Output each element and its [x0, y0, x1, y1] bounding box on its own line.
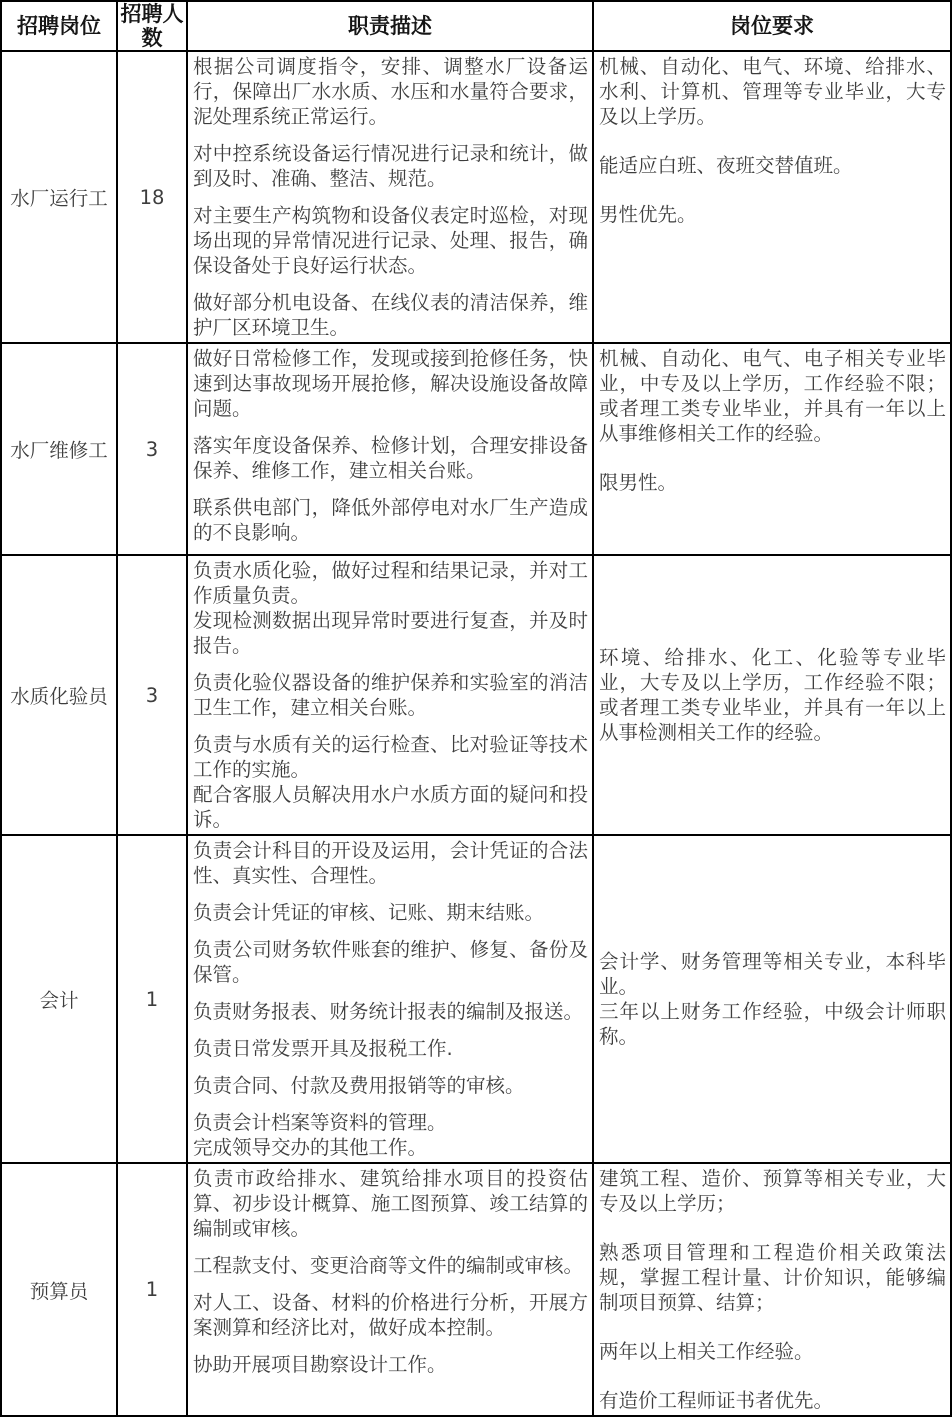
- duty-paragraph: 负责会计科目的开设及运用，会计凭证的合法性、真实性、合理性。: [193, 838, 588, 888]
- requirement-paragraph: 能适应白班、夜班交替值班。: [599, 153, 946, 178]
- requirement-paragraph: 限男性。: [599, 470, 946, 495]
- duty-paragraph: 根据公司调度指令，安排、调整水厂设备运行，保障出厂水水质、水压和水量符合要求，泥…: [193, 54, 588, 129]
- duty-paragraph: 对中控系统设备运行情况进行记录和统计，做到及时、准确、整洁、规范。: [193, 141, 588, 191]
- duty-paragraph: 联系供电部门，降低外部停电对水厂生产造成的不良影响。: [193, 495, 588, 545]
- duty-paragraph: 负责化验仪器设备的维护保养和实验室的消洁卫生工作，建立相关台账。: [193, 670, 588, 720]
- duty-paragraph: 落实年度设备保养、检修计划，合理安排设备保养、维修工作，建立相关台账。: [193, 433, 588, 483]
- duty-paragraph: 负责会计档案等资料的管理。 完成领导交办的其他工作。: [193, 1110, 588, 1160]
- requirements-cell: 建筑工程、造价、预算等相关专业，大专及以上学历；熟悉项目管理和工程造价相关政策法…: [593, 1163, 951, 1416]
- duty-paragraph: 负责日常发票开具及报税工作.: [193, 1036, 588, 1061]
- duty-paragraph: 负责财务报表、财务统计报表的编制及报送。: [193, 999, 588, 1024]
- requirement-paragraph: 会计学、财务管理等相关专业，本科毕业。 三年以上财务工作经验，中级会计师职称。: [599, 949, 946, 1049]
- table-body: 水厂运行工18根据公司调度指令，安排、调整水厂设备运行，保障出厂水水质、水压和水…: [1, 51, 951, 1416]
- duty-paragraph: 负责会计凭证的审核、记账、期末结账。: [193, 900, 588, 925]
- recruitment-table: 招聘岗位 招聘人数 职责描述 岗位要求 水厂运行工18根据公司调度指令，安排、调…: [0, 0, 952, 1417]
- duty-paragraph: 工程款支付、变更洽商等文件的编制或审核。: [193, 1253, 588, 1278]
- duty-paragraph: 做好日常检修工作，发现或接到抢修任务，快速到达事故现场开展抢修，解决设施设备故障…: [193, 346, 588, 421]
- duty-paragraph: 负责合同、付款及费用报销等的审核。: [193, 1073, 588, 1098]
- count-cell: 3: [117, 555, 187, 835]
- header-count: 招聘人数: [117, 1, 187, 51]
- duty-paragraph: 负责市政给排水、建筑给排水项目的投资估算、初步设计概算、施工图预算、竣工结算的编…: [193, 1166, 588, 1241]
- table-header: 招聘岗位 招聘人数 职责描述 岗位要求: [1, 1, 951, 51]
- requirement-paragraph: 环境、给排水、化工、化验等专业毕业，大专及以上学历，工作经验不限；或者理工类专业…: [599, 645, 946, 745]
- table-row: 水质化验员3负责水质化验，做好过程和结果记录，并对工作质量负责。 发现检测数据出…: [1, 555, 951, 835]
- duties-cell: 负责市政给排水、建筑给排水项目的投资估算、初步设计概算、施工图预算、竣工结算的编…: [187, 1163, 593, 1416]
- requirements-cell: 环境、给排水、化工、化验等专业毕业，大专及以上学历，工作经验不限；或者理工类专业…: [593, 555, 951, 835]
- table-row: 水厂维修工3做好日常检修工作，发现或接到抢修任务，快速到达事故现场开展抢修，解决…: [1, 343, 951, 555]
- requirement-paragraph: 机械、自动化、电气、环境、给排水、水利、计算机、管理等专业毕业，大专及以上学历。: [599, 54, 946, 129]
- duty-paragraph: 对人工、设备、材料的价格进行分析，开展方案测算和经济比对，做好成本控制。: [193, 1290, 588, 1340]
- count-cell: 3: [117, 343, 187, 555]
- count-cell: 1: [117, 835, 187, 1163]
- position-cell: 会计: [1, 835, 117, 1163]
- position-cell: 水质化验员: [1, 555, 117, 835]
- position-cell: 水厂运行工: [1, 51, 117, 343]
- requirement-paragraph: 两年以上相关工作经验。: [599, 1339, 946, 1364]
- position-cell: 预算员: [1, 1163, 117, 1416]
- duty-paragraph: 做好部分机电设备、在线仪表的清洁保养，维护厂区环境卫生。: [193, 290, 588, 340]
- duty-paragraph: 负责公司财务软件账套的维护、修复、备份及保管。: [193, 937, 588, 987]
- requirement-paragraph: 熟悉项目管理和工程造价相关政策法规，掌握工程计量、计价知识，能够编制项目预算、结…: [599, 1240, 946, 1315]
- count-cell: 18: [117, 51, 187, 343]
- duties-cell: 负责水质化验，做好过程和结果记录，并对工作质量负责。 发现检测数据出现异常时要进…: [187, 555, 593, 835]
- position-cell: 水厂维修工: [1, 343, 117, 555]
- duties-cell: 做好日常检修工作，发现或接到抢修任务，快速到达事故现场开展抢修，解决设施设备故障…: [187, 343, 593, 555]
- duties-cell: 根据公司调度指令，安排、调整水厂设备运行，保障出厂水水质、水压和水量符合要求，泥…: [187, 51, 593, 343]
- duty-paragraph: 协助开展项目勘察设计工作。: [193, 1352, 588, 1377]
- duty-paragraph: 负责水质化验，做好过程和结果记录，并对工作质量负责。 发现检测数据出现异常时要进…: [193, 558, 588, 658]
- recruitment-page: 招聘岗位 招聘人数 职责描述 岗位要求 水厂运行工18根据公司调度指令，安排、调…: [0, 0, 952, 1417]
- duties-cell: 负责会计科目的开设及运用，会计凭证的合法性、真实性、合理性。负责会计凭证的审核、…: [187, 835, 593, 1163]
- table-row: 预算员1负责市政给排水、建筑给排水项目的投资估算、初步设计概算、施工图预算、竣工…: [1, 1163, 951, 1416]
- requirements-cell: 机械、自动化、电气、环境、给排水、水利、计算机、管理等专业毕业，大专及以上学历。…: [593, 51, 951, 343]
- count-cell: 1: [117, 1163, 187, 1416]
- requirements-cell: 机械、自动化、电气、电子相关专业毕业，中专及以上学历，工作经验不限；或者理工类专…: [593, 343, 951, 555]
- table-row: 水厂运行工18根据公司调度指令，安排、调整水厂设备运行，保障出厂水水质、水压和水…: [1, 51, 951, 343]
- table-row: 会计1负责会计科目的开设及运用，会计凭证的合法性、真实性、合理性。负责会计凭证的…: [1, 835, 951, 1163]
- requirement-paragraph: 有造价工程师证书者优先。: [599, 1388, 946, 1413]
- header-requirements: 岗位要求: [593, 1, 951, 51]
- requirement-paragraph: 建筑工程、造价、预算等相关专业，大专及以上学历；: [599, 1166, 946, 1216]
- header-duties: 职责描述: [187, 1, 593, 51]
- requirement-paragraph: 男性优先。: [599, 202, 946, 227]
- requirements-cell: 会计学、财务管理等相关专业，本科毕业。 三年以上财务工作经验，中级会计师职称。: [593, 835, 951, 1163]
- header-position: 招聘岗位: [1, 1, 117, 51]
- header-row: 招聘岗位 招聘人数 职责描述 岗位要求: [1, 1, 951, 51]
- duty-paragraph: 负责与水质有关的运行检查、比对验证等技术工作的实施。 配合客服人员解决用水户水质…: [193, 732, 588, 832]
- requirement-paragraph: 机械、自动化、电气、电子相关专业毕业，中专及以上学历，工作经验不限；或者理工类专…: [599, 346, 946, 446]
- duty-paragraph: 对主要生产构筑物和设备仪表定时巡检，对现场出现的异常情况进行记录、处理、报告，确…: [193, 203, 588, 278]
